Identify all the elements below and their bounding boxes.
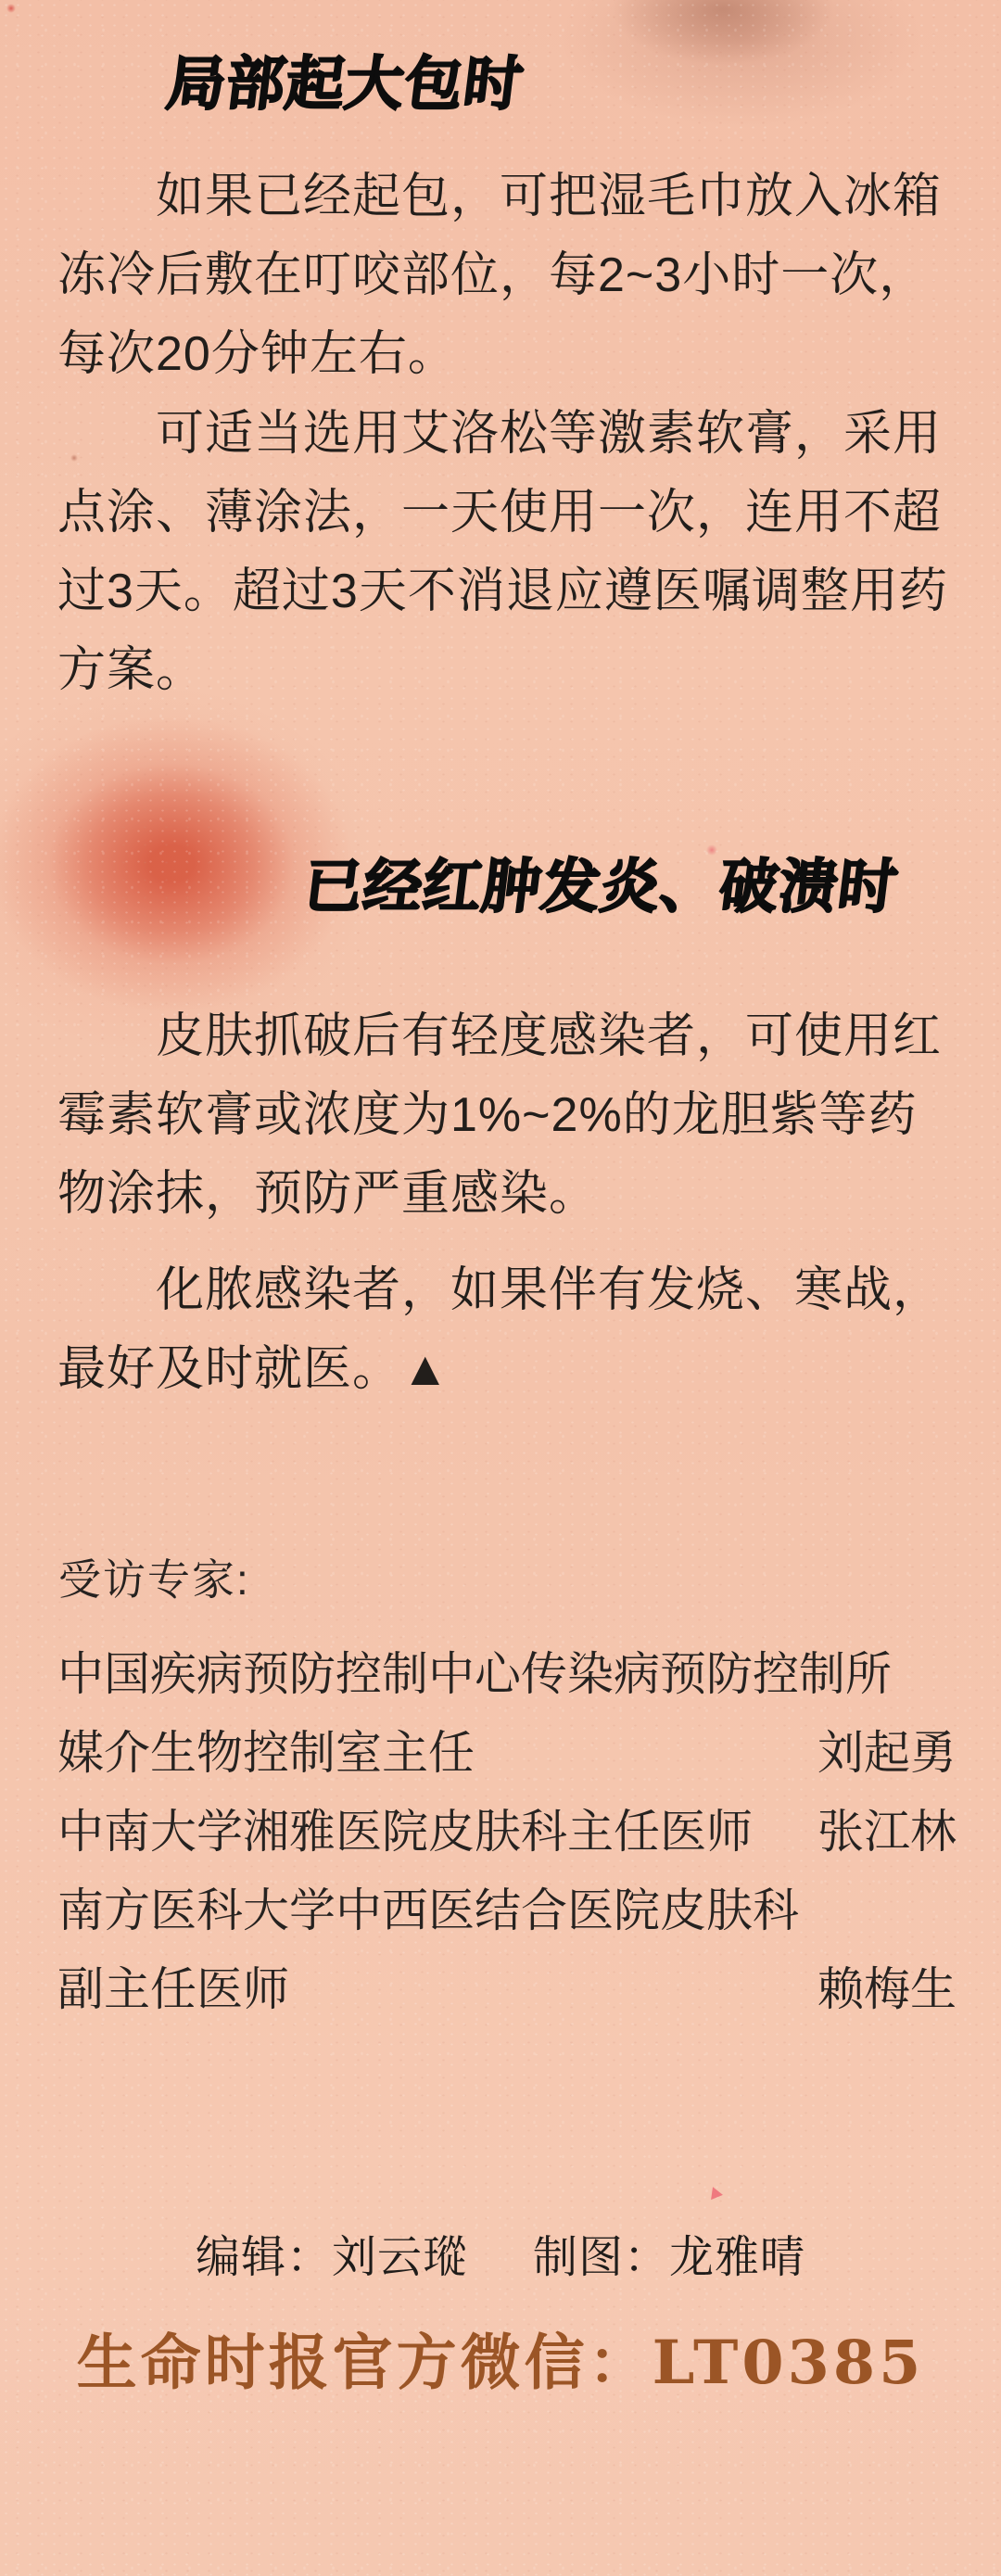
experts-section-label: 受访专家: xyxy=(58,1552,250,1607)
paragraph-purulent-infection: 化脓感染者，如果伴有发烧、寒战， 最好及时就医。▲ xyxy=(57,1251,966,1409)
section-heading-local-bump: 局部起大包时 xyxy=(163,51,527,118)
expert-org-line: 南方医科大学中西医结合医院皮肤科 xyxy=(57,1872,957,1950)
small-pink-triangle-mark xyxy=(711,2187,724,2202)
expert-title: 中南大学湘雅医院皮肤科主任医师 xyxy=(57,1793,753,1872)
expert-org-line: 中国疾病预防控制中心传染病预防控制所 xyxy=(57,1635,957,1714)
expert-org: 南方医科大学中西医结合医院皮肤科 xyxy=(57,1884,799,1936)
paragraph-mild-infection: 皮肤抓破后有轻度感染者，可使用红 霉素软膏或浓度为1%~2%的龙胆紫等药 物涂抹… xyxy=(57,997,966,1234)
expert-row: 媒介生物控制室主任 刘起勇 xyxy=(57,1714,957,1793)
paragraph-line: 点涂、薄涂法，一天使用一次，连用不超 xyxy=(57,474,966,552)
paragraph-line: 霉素软膏或浓度为1%~2%的龙胆紫等药 xyxy=(57,1076,966,1155)
expert-title: 副主任医师 xyxy=(57,1950,289,2029)
paragraph-line: 皮肤抓破后有轻度感染者，可使用红 xyxy=(57,997,966,1076)
expert-name: 刘起勇 xyxy=(817,1714,957,1793)
credits-line: 编辑：刘云瑽 制图：龙雅晴 xyxy=(0,2231,1001,2285)
designer-credit: 制图：龙雅晴 xyxy=(533,2231,805,2285)
experts-list: 中国疾病预防控制中心传染病预防控制所 媒介生物控制室主任 刘起勇 中南大学湘雅医… xyxy=(57,1635,957,2029)
expert-name: 赖梅生 xyxy=(817,1950,957,2029)
infographic-poster: 局部起大包时 如果已经起包，可把湿毛巾放入冰箱 冻冷后敷在叮咬部位，每2~3小时… xyxy=(0,0,1001,2576)
paragraph-line: 物涂抹，预防严重感染。 xyxy=(57,1155,966,1234)
expert-row: 中南大学湘雅医院皮肤科主任医师 张江林 xyxy=(57,1793,957,1872)
paragraph-line: 化脓感染者，如果伴有发烧、寒战， xyxy=(57,1251,966,1330)
expert-name: 张江林 xyxy=(817,1793,957,1872)
paragraph-line: 过3天。超过3天不消退应遵医嘱调整用药 xyxy=(57,552,966,631)
paragraph-line-with-end-marker: 最好及时就医。▲ xyxy=(57,1330,966,1409)
expert-org: 中国疾病预防控制中心传染病预防控制所 xyxy=(57,1648,892,1700)
paragraph-cold-compress: 如果已经起包，可把湿毛巾放入冰箱 冻冷后敷在叮咬部位，每2~3小时一次， 每次2… xyxy=(57,158,966,394)
paragraph-hormone-ointment: 可适当选用艾洛松等激素软膏，采用 点涂、薄涂法，一天使用一次，连用不超 过3天。… xyxy=(57,395,966,710)
wechat-footer: 生命时报官方微信：LT0385 xyxy=(0,2326,1001,2400)
expert-title: 媒介生物控制室主任 xyxy=(57,1714,475,1793)
section-heading-inflamed: 已经红肿发炎、破溃时 xyxy=(300,854,902,920)
paragraph-line: 如果已经起包，可把湿毛巾放入冰箱 xyxy=(57,158,966,236)
paragraph-line: 可适当选用艾洛松等激素软膏，采用 xyxy=(57,395,966,474)
editor-credit: 编辑：刘云瑽 xyxy=(196,2231,468,2285)
paragraph-line: 每次20分钟左右。 xyxy=(57,315,966,394)
paragraph-line: 方案。 xyxy=(57,631,966,710)
paragraph-line: 冻冷后敷在叮咬部位，每2~3小时一次， xyxy=(57,236,966,315)
expert-row: 副主任医师 赖梅生 xyxy=(57,1950,957,2029)
